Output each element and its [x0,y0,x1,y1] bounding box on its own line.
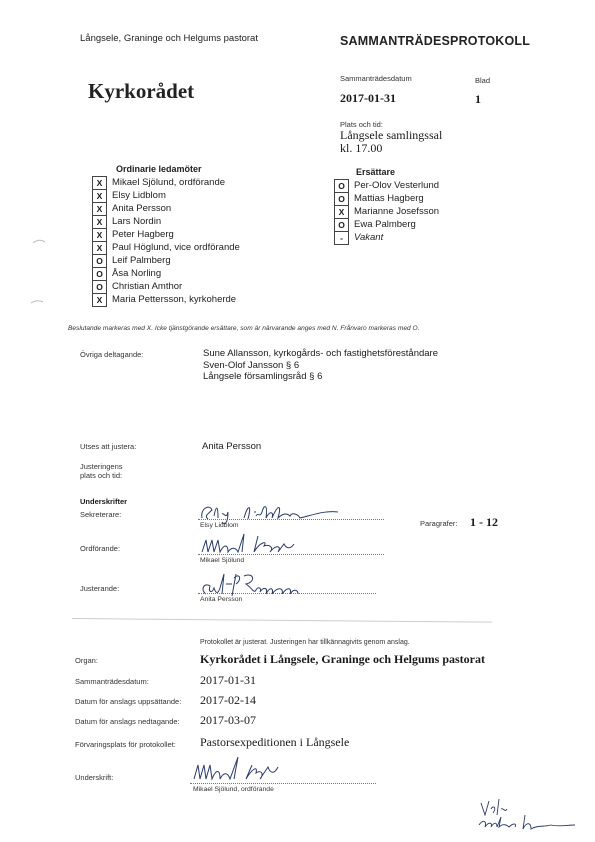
member-name: Mikael Sjölund, ordförande [112,177,225,188]
organization-name: Långsele, Graninge och Helgums pastorat [80,33,258,44]
attendance-mark: O [92,280,107,293]
organ-value: Kyrkorådet i Långsele, Graninge och Helg… [200,652,485,667]
member-row: XMaria Pettersson, kyrkoherde [92,293,240,306]
attendance-mark: X [334,205,349,218]
attendance-mark: X [92,293,107,307]
member-row: XPaul Höglund, vice ordförande [92,241,240,254]
attendance-mark: O [92,267,107,280]
adjuster-signature-line [198,593,376,594]
posting-date-value: 2017-02-14 [200,693,256,708]
attendance-mark: X [92,189,107,202]
chairman-signature-line [198,554,384,555]
storage-place-label: Förvaringsplats för protokollet: [75,740,176,749]
substitutes-heading: Ersättare [356,167,439,177]
regular-members-list: Ordinarie ledamöter XMikael Sjölund, ord… [92,164,240,306]
other-participants-values: Sune Allansson, kyrkogårds- och fastighe… [203,348,438,383]
secretary-name: Elsy Lidblom [200,522,239,529]
document-type: SAMMANTRÄDESPROTOKOLL [340,34,530,48]
member-row: XMarianne Josefsson [334,205,439,218]
member-name: Mattias Hagberg [354,193,424,204]
attendance-mark: O [334,192,349,205]
secretary-signature-line [198,519,384,520]
attendance-mark: O [92,254,107,267]
member-name: Elsy Lidblom [112,190,166,201]
attendance-mark: O [334,179,349,192]
other-participants-label: Övriga deltagande: [80,350,143,359]
substitutes-list: Ersättare OPer-Olov VesterlundOMattias H… [334,167,439,244]
chairman-name: Mikael Sjölund [200,557,244,564]
place-value: Långsele samlingssal kl. 17.00 [340,129,442,154]
adjuster-value: Anita Persson [202,441,261,452]
adjuster-label: Utses att justera: [80,442,136,451]
meeting-date-value: 2017-01-31 [340,91,396,106]
adjustment-place-label: Justeringens plats och tid: [80,462,160,480]
storage-place-value: Pastorsexpeditionen i Långsele [200,735,349,750]
member-name: Ewa Palmberg [354,219,416,230]
organ-label: Organ: [75,656,98,665]
member-row: OMattias Hagberg [334,192,439,205]
attendance-mark: - [334,231,349,245]
member-row: XPeter Hagberg [92,228,240,241]
chairman-label: Ordförande: [80,544,120,553]
member-name: Peter Hagberg [112,229,174,240]
attendance-mark: X [92,202,107,215]
member-name: Vakant [354,232,383,243]
member-row: OÅsa Norling [92,267,240,280]
page-label: Blad [475,76,490,85]
attendance-mark: X [92,176,107,189]
paragraphs-label: Paragrafer: [420,519,458,528]
attendance-mark: X [92,228,107,241]
marking-legend-note: Beslutande markeras med X. Icke tjänstgö… [68,325,419,332]
adjuster-signature-label: Justerande: [80,584,119,593]
meeting-date-label: Sammanträdesdatum [340,74,412,83]
member-row: -Vakant [334,231,439,244]
margin-mark-icon [30,298,44,304]
member-row: OPer-Olov Vesterlund [334,179,439,192]
removal-date-label: Datum för anslags nedtagande: [75,717,180,726]
member-name: Åsa Norling [112,268,161,279]
member-row: XElsy Lidblom [92,189,240,202]
member-name: Lars Nordin [112,216,161,227]
removal-date-value: 2017-03-07 [200,713,256,728]
adjuster-name: Anita Persson [200,596,242,603]
signatures-heading: Underskrifter [80,497,127,506]
margin-mark-icon [32,238,46,244]
page-number: 1 [475,92,481,107]
secretary-signature [198,500,348,524]
member-row: XAnita Persson [92,202,240,215]
attendance-mark: X [92,241,107,254]
signature-label: Underskrift: [75,773,113,782]
member-name: Paul Höglund, vice ordförande [112,242,240,253]
final-signature [190,755,310,785]
posting-date-label: Datum för anslags uppsättande: [75,697,181,706]
member-name: Christian Amthor [112,281,182,292]
initials-scribble [475,795,585,835]
member-name: Anita Persson [112,203,171,214]
member-row: OLeif Palmberg [92,254,240,267]
member-row: XMikael Sjölund, ordförande [92,176,240,189]
meeting-date-label-2: Sammanträdesdatum: [75,677,149,686]
member-name: Maria Pettersson, kyrkoherde [112,294,236,305]
member-name: Per-Olov Vesterlund [354,180,439,191]
member-row: OChristian Amthor [92,280,240,293]
section-divider [72,618,492,623]
member-row: OEwa Palmberg [334,218,439,231]
member-name: Marianne Josefsson [354,206,439,217]
final-signature-line [190,783,376,784]
member-name: Leif Palmberg [112,255,171,266]
attendance-mark: X [92,215,107,228]
page-title: Kyrkorådet [88,79,194,104]
regular-members-heading: Ordinarie ledamöter [116,164,240,174]
member-row: XLars Nordin [92,215,240,228]
attendance-mark: O [334,218,349,231]
meeting-date-value-2: 2017-01-31 [200,673,256,688]
secretary-label: Sekreterare: [80,510,121,519]
final-signer-name: Mikael Sjölund, ordförande [193,786,274,793]
paragraphs-value: 1 - 12 [470,515,498,530]
adjusted-note: Protokollet är justerat. Justeringen har… [200,639,410,646]
